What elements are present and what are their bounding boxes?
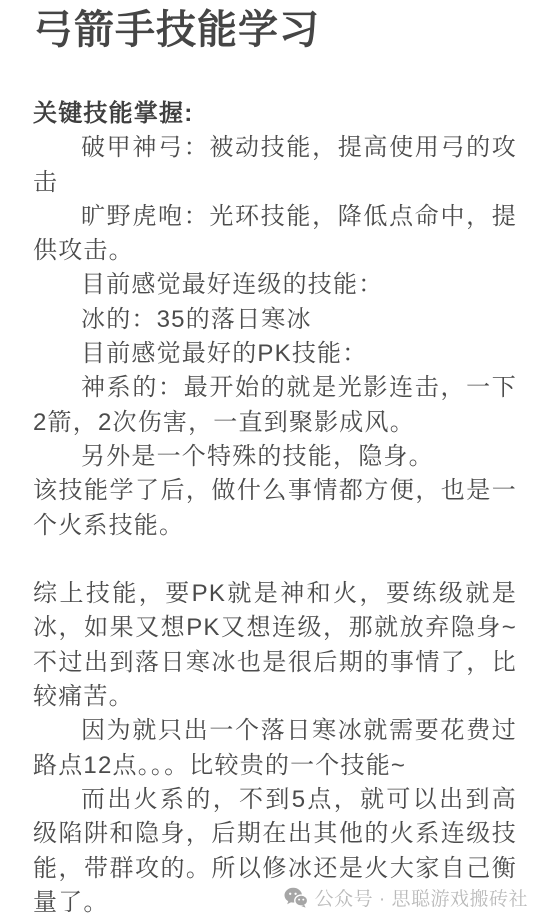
paragraph-spacer (33, 543, 517, 577)
watermark-label: 公众号 · 思聪游戏搬砖社 (315, 884, 528, 911)
article-body: 关键技能掌握: 破甲神弓：被动技能，提高使用弓的攻击 旷野虎咆：光环技能，降低点… (33, 97, 517, 920)
article-paragraph: 该技能学了后，做什么事情都方便，也是一个火系技能。 (33, 474, 517, 543)
article-paragraph: 另外是一个特殊的技能，隐身。 (33, 440, 517, 474)
watermark: 公众号 · 思聪游戏搬砖社 (284, 884, 528, 911)
article-paragraph: 破甲神弓：被动技能，提高使用弓的攻击 (33, 131, 517, 200)
article-paragraph: 目前感觉最好连级的技能： (33, 268, 517, 302)
article-paragraph: 冰的：35的落日寒冰 (33, 303, 517, 337)
article-paragraph: 旷野虎咆：光环技能，降低点命中，提供攻击。 (33, 200, 517, 269)
page-title: 弓箭手技能学习 (33, 5, 517, 55)
article-paragraph: 目前感觉最好的PK技能： (33, 337, 517, 371)
wechat-icon (284, 887, 308, 908)
article-paragraph: 关键技能掌握: (33, 97, 517, 131)
article-paragraph: 综上技能，要PK就是神和火，要练级就是冰，如果又想PK又想连级，那就放弃隐身~不… (33, 577, 517, 714)
article-paragraph: 神系的：最开始的就是光影连击，一下2箭，2次伤害，一直到聚影成风。 (33, 371, 517, 440)
article-paragraph: 因为就只出一个落日寒冰就需要花费过路点12点。。。比较贵的一个技能~ (33, 714, 517, 783)
